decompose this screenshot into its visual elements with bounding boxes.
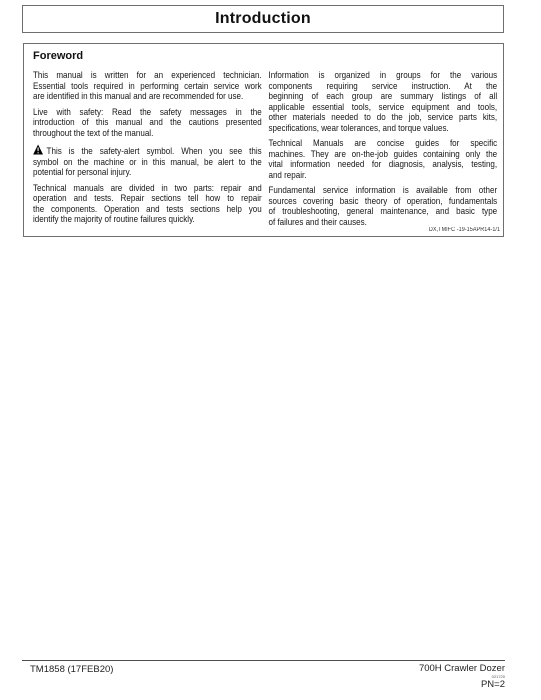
text-line-with-icon: This is the safety-alert symbol. When yo… <box>33 144 262 158</box>
safety-alert-icon <box>33 144 43 155</box>
text-line: other materials needed to do the job, se… <box>268 113 497 124</box>
text-line: This manual is written for an experience… <box>33 71 262 82</box>
paragraph-groups: Information is organized in groups for t… <box>268 71 497 134</box>
text-line: throughout the text of the manual. <box>33 129 262 140</box>
section-heading: Foreword <box>33 50 83 62</box>
text-line: specifications, wear tolerances, and tor… <box>268 124 497 135</box>
page-title: Introduction <box>215 10 311 28</box>
left-column: This manual is written for an experience… <box>33 71 262 233</box>
paragraph-live-with-safety: Live with safety: Read the safety messag… <box>33 108 262 140</box>
text-line: and repair. <box>268 171 497 182</box>
page-header-box: Introduction <box>22 5 504 33</box>
text-line: Fundamental service information is avail… <box>268 186 497 197</box>
footer-divider <box>22 660 505 661</box>
text-line: beginning of each group are summary list… <box>268 92 497 103</box>
text-line: identify the majority of routine failure… <box>33 215 262 226</box>
paragraph-concise-guides: Technical Manuals are concise guides for… <box>268 139 497 181</box>
text-line: potential for personal injury. <box>33 168 262 179</box>
page-number: PN=2 <box>419 680 505 689</box>
text-line: operation and tests. Repair sections tel… <box>33 194 262 205</box>
text-line: introduction of this manual and the caut… <box>33 118 262 129</box>
text-line: This is the safety-alert symbol. When yo… <box>47 146 262 157</box>
two-column-text: This manual is written for an experience… <box>33 71 497 233</box>
paragraph-technician: This manual is written for an experience… <box>33 71 262 103</box>
paragraph-safety-alert-symbol: This is the safety-alert symbol. When yo… <box>33 144 262 179</box>
text-line: of troubleshooting, general maintenance,… <box>268 207 497 218</box>
machine-model: 700H Crawler Dozer <box>419 663 505 674</box>
manual-number: TM1858 (17FEB20) <box>30 664 113 675</box>
text-line: are identified in this manual and are re… <box>33 92 262 103</box>
foreword-section-box: Foreword This manual is written for an e… <box>23 43 504 237</box>
revision-code: DX,TMIFC -19-15APR14-1/1 <box>429 227 500 234</box>
text-line: vital information needed for diagnosis, … <box>268 160 497 171</box>
text-line: Information is organized in groups for t… <box>268 71 497 82</box>
paragraph-two-parts: Technical manuals are divided in two par… <box>33 184 262 226</box>
right-column: Information is organized in groups for t… <box>268 71 497 233</box>
text-line: Technical Manuals are concise guides for… <box>268 139 497 150</box>
footer-right-block: 700H Crawler Dozer 021720 PN=2 <box>419 663 505 689</box>
paragraph-fundamental-service: Fundamental service information is avail… <box>268 186 497 228</box>
manual-page: { "header": { "title": "Introduction" },… <box>0 0 541 700</box>
